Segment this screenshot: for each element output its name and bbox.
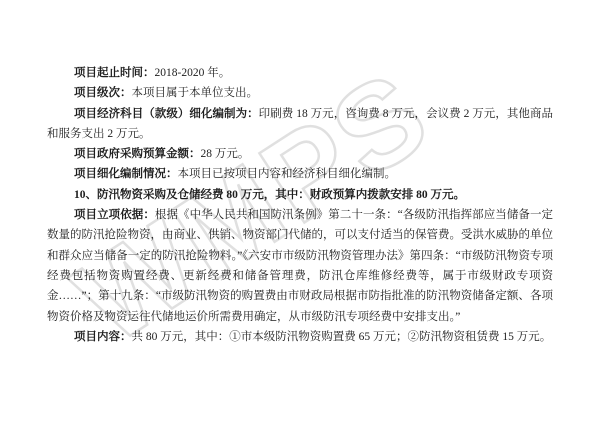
paragraph-label: 项目起止时间：	[74, 67, 155, 79]
paragraph-project-start-time: 项目起止时间：2018-2020 年。	[47, 63, 553, 83]
paragraph-text: 28 万元。	[201, 148, 250, 160]
paragraph-label: 项目经济科目（款级）细化编制为：	[74, 108, 259, 120]
paragraph-project-level: 项目级次：本项目属于本单位支出。	[47, 83, 553, 103]
paragraph-project-basis: 项目立项依据：根据《中华人民共和国防汛条例》第二十一条：“各级防汛指挥部应当储备…	[47, 205, 553, 327]
paragraph-label: 10、防汛物资采购及仓储经费 80 万元，其中：财政预算内拨款安排 80 万元。	[74, 189, 465, 201]
paragraph-text: 本项目属于本单位支出。	[132, 87, 259, 99]
document-content: 项目起止时间：2018-2020 年。 项目级次：本项目属于本单位支出。 项目经…	[47, 63, 553, 347]
paragraph-economic-subject: 项目经济科目（款级）细化编制为：印刷费 18 万元，咨询费 8 万元，会议费 2…	[47, 104, 553, 145]
paragraph-text: 共 80 万元，其中：①市本级防汛物资购置费 65 万元；②防汛物资租赁费 15…	[132, 331, 552, 343]
paragraph-label: 项目政府采购预算金额：	[74, 148, 201, 160]
paragraph-text: 本项目已按项目内容和经济科目细化编制。	[178, 168, 397, 180]
paragraph-procurement-budget: 项目政府采购预算金额：28 万元。	[47, 144, 553, 164]
paragraph-label: 项目级次：	[74, 87, 132, 99]
paragraph-project-content: 项目内容：共 80 万元，其中：①市本级防汛物资购置费 65 万元；②防汛物资租…	[47, 327, 553, 347]
paragraph-label: 项目立项依据：	[74, 209, 155, 221]
paragraph-label: 项目内容：	[74, 331, 132, 343]
heading-item-10-flood-supplies: 10、防汛物资采购及仓储经费 80 万元，其中：财政预算内拨款安排 80 万元。	[47, 185, 553, 205]
paragraph-label: 项目细化编制情况：	[74, 168, 178, 180]
paragraph-refinement-status: 项目细化编制情况：本项目已按项目内容和经济科目细化编制。	[47, 164, 553, 184]
document-page: WMPS 项目起止时间：2018-2020 年。 项目级次：本项目属于本单位支出…	[0, 0, 600, 424]
paragraph-text: 根据《中华人民共和国防汛条例》第二十一条：“各级防汛指挥部应当储备一定数量的防汛…	[47, 209, 553, 322]
paragraph-text: 2018-2020 年。	[155, 67, 231, 79]
